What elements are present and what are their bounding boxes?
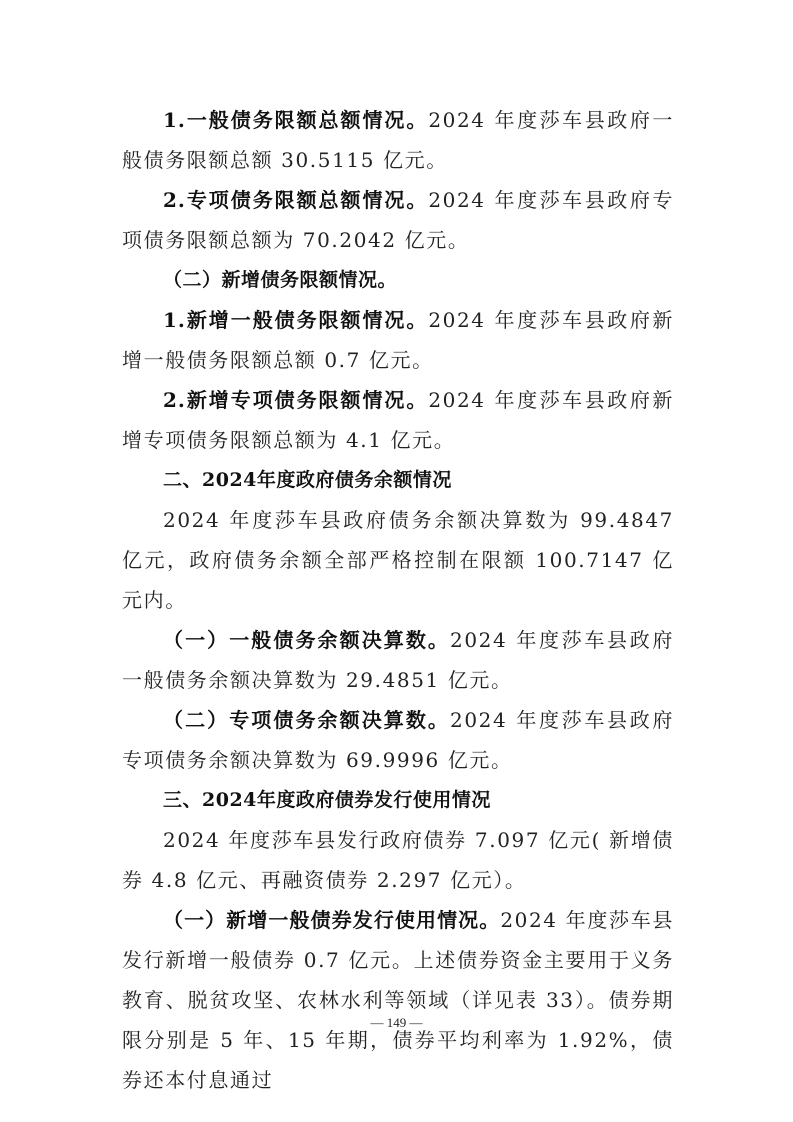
paragraph-special-debt-balance: （二）专项债务余额决算数。2024 年度莎车县政府专项债务余额决算数为 69.9…: [122, 700, 674, 780]
paragraph-general-debt-limit: 1.一般债务限额总额情况。2024 年度莎车县政府一般债务限额总额 30.511…: [122, 100, 674, 180]
heading-bond-issuance: 三、2024年度政府债券发行使用情况: [122, 780, 674, 820]
paragraph-new-general-bond-usage: （一）新增一般债券发行使用情况。2024 年度莎车县发行新增一般债券 0.7 亿…: [122, 900, 674, 1100]
heading-debt-balance: 二、2024年度政府债务余额情况: [122, 460, 674, 500]
page-number: — 149 —: [0, 1015, 793, 1031]
paragraph-special-debt-limit: 2.专项债务限额总额情况。2024 年度莎车县政府专项债务限额总额为 70.20…: [122, 180, 674, 260]
paragraph-new-general-debt-limit: 1.新增一般债务限额情况。2024 年度莎车县政府新增一般债务限额总额 0.7 …: [122, 300, 674, 380]
paragraph-new-special-debt-limit: 2.新增专项债务限额情况。2024 年度莎车县政府新增专项债务限额总额为 4.1…: [122, 380, 674, 460]
document-page: 1.一般债务限额总额情况。2024 年度莎车县政府一般债务限额总额 30.511…: [122, 100, 674, 1100]
heading-new-debt-limit: （二）新增债务限额情况。: [122, 260, 674, 300]
paragraph-debt-balance-total: 2024 年度莎车县政府债务余额决算数为 99.4847 亿元，政府债务余额全部…: [122, 500, 674, 620]
paragraph-general-debt-balance: （一）一般债务余额决算数。2024 年度莎车县政府一般债务余额决算数为 29.4…: [122, 620, 674, 700]
paragraph-bond-issuance-total: 2024 年度莎车县发行政府债券 7.097 亿元( 新增债券 4.8 亿元、再…: [122, 820, 674, 900]
